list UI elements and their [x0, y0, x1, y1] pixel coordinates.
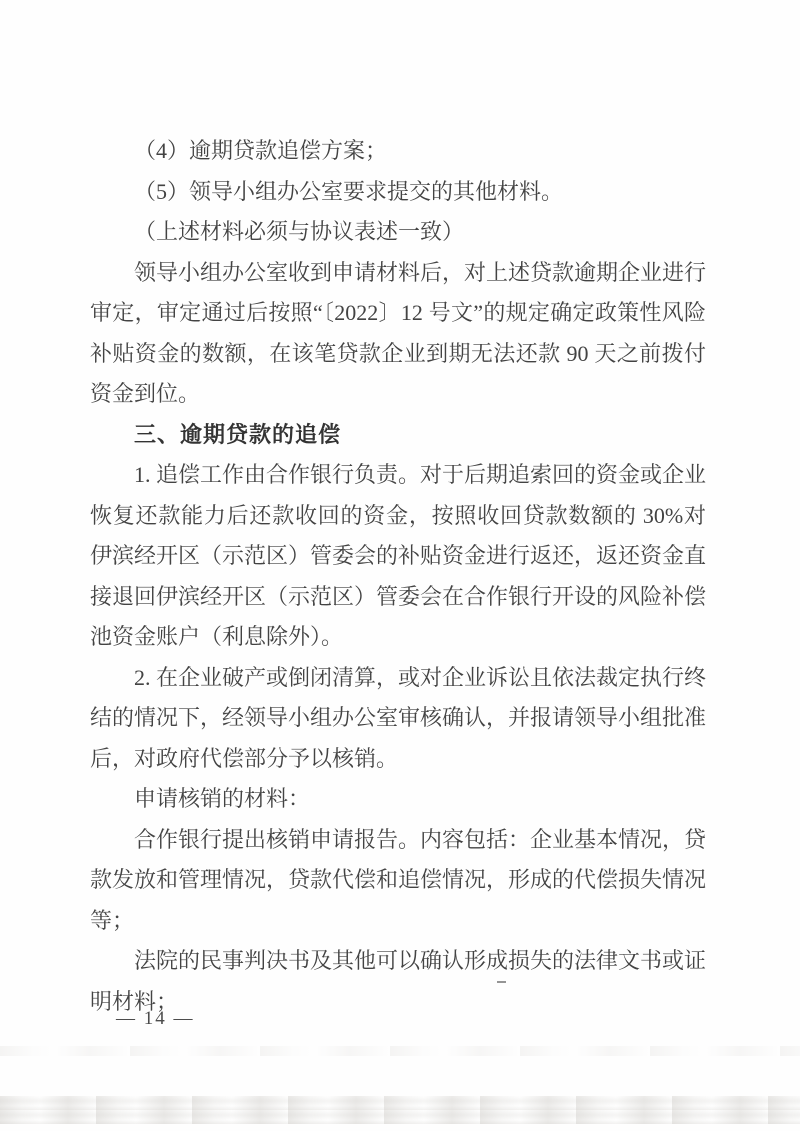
body-text: （4）逾期贷款追偿方案； （5）领导小组办公室要求提交的其他材料。 （上述材料必… — [90, 131, 706, 1022]
paragraph-review: 领导小组办公室收到申请材料后，对上述贷款逾期企业进行审定，审定通过后按照“〔20… — [90, 253, 706, 415]
paragraph-recovery-1: 1. 追偿工作由合作银行负责。对于后期追索回的资金或企业恢复还款能力后还款收回的… — [90, 455, 706, 658]
scan-artifact-band-top — [0, 1046, 800, 1056]
paragraph-item-4: （4）逾期贷款追偿方案； — [90, 131, 706, 172]
paragraph-writeoff-intro: 申请核销的材料： — [90, 779, 706, 820]
scan-artifact-band-bottom — [0, 1096, 800, 1124]
paragraph-note: （上述材料必须与协议表述一致） — [90, 212, 706, 253]
paragraph-writeoff-report: 合作银行提出核销申请报告。内容包括：企业基本情况，贷款发放和管理情况，贷款代偿和… — [90, 820, 706, 942]
paragraph-item-5: （5）领导小组办公室要求提交的其他材料。 — [90, 172, 706, 213]
section-heading-recovery: 三、逾期贷款的追偿 — [90, 415, 706, 456]
document-page: （4）逾期贷款追偿方案； （5）领导小组办公室要求提交的其他材料。 （上述材料必… — [0, 0, 800, 1131]
paragraph-recovery-2: 2. 在企业破产或倒闭清算，或对企业诉讼且依法裁定执行终结的情况下，经领导小组办… — [90, 658, 706, 780]
scan-artifact-dash — [497, 981, 506, 983]
page-number: — 14 — — [116, 1006, 195, 1032]
